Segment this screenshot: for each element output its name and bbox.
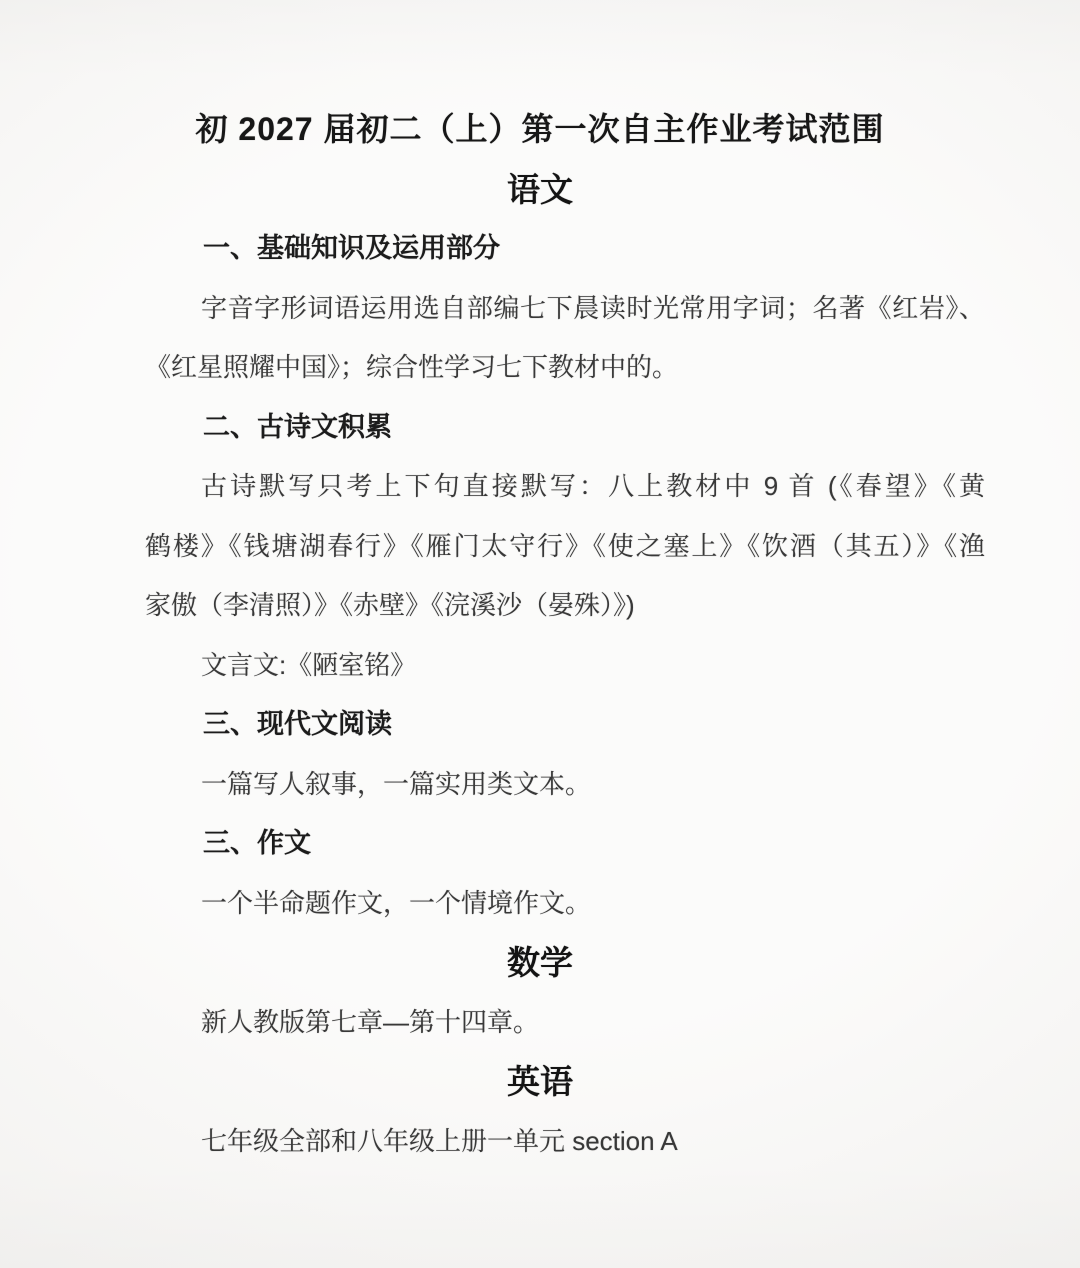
- paragraph-line: 一个半命题作文，一个情境作文。: [145, 874, 985, 934]
- subject-heading-math: 数学: [95, 933, 985, 993]
- section-heading-modern-reading: 三、现代文阅读: [145, 695, 985, 755]
- paragraph-line: 鹤楼》《钱塘湖春行》《雁门太守行》《使之塞上》《饮酒（其五）》《渔: [145, 517, 985, 577]
- paragraph-line: 家傲（李清照）》《赤壁》《浣溪沙（晏殊）》): [145, 576, 985, 636]
- paragraph-line: 新人教版第七章—第十四章。: [145, 993, 985, 1053]
- paragraph-line: 一篇写人叙事，一篇实用类文本。: [145, 755, 985, 815]
- paragraph-line: 古诗默写只考上下句直接默写：八上教材中 9 首 (《春望》《黄: [145, 457, 985, 517]
- doc-title: 初 2027 届初二（上）第一次自主作业考试范围: [95, 100, 985, 160]
- section-heading-composition: 三、作文: [145, 814, 985, 874]
- paragraph-line-classical-prose: 文言文:《陋室铭》: [145, 636, 985, 696]
- document-body: 初 2027 届初二（上）第一次自主作业考试范围 语文 一、基础知识及运用部分 …: [145, 100, 985, 1171]
- paragraph-line: 字音字形词语运用选自部编七下晨读时光常用字词；名著《红岩》、: [145, 279, 985, 339]
- section-heading-basics: 一、基础知识及运用部分: [145, 219, 985, 279]
- subject-heading-chinese: 语文: [95, 160, 985, 220]
- section-heading-classical-poetry: 二、古诗文积累: [145, 398, 985, 458]
- photographed-document-page: 初 2027 届初二（上）第一次自主作业考试范围 语文 一、基础知识及运用部分 …: [0, 0, 1080, 1268]
- paragraph-line: 《红星照耀中国》；综合性学习七下教材中的。: [145, 338, 985, 398]
- subject-heading-english: 英语: [95, 1052, 985, 1112]
- paragraph-line: 七年级全部和八年级上册一单元 section A: [145, 1112, 985, 1172]
